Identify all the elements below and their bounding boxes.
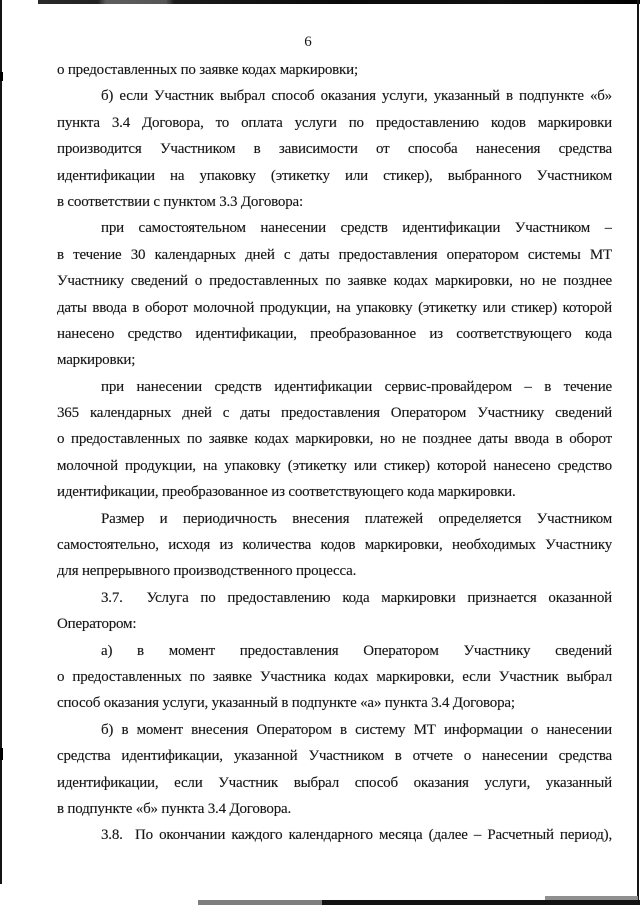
scan-edge-bottom (545, 896, 638, 900)
text-line: в подпункте «б» пункта 3.4 Договора. (57, 796, 612, 822)
text-line: самостоятельно, исходя из количества код… (57, 532, 612, 558)
scan-edge-right (637, 0, 639, 905)
text-line: о предоставленных по заявке кодах маркир… (57, 426, 612, 452)
text-line: б) если Участник выбрал способ оказания … (57, 83, 612, 109)
text-line: о предоставленных по заявке Участника ко… (57, 664, 612, 690)
scan-edge-bottom (322, 900, 640, 905)
scan-speck (0, 748, 3, 760)
scan-edge-bottom (198, 900, 322, 905)
scan-speck (0, 72, 3, 81)
text-line: а) в момент предоставления Оператором Уч… (57, 638, 612, 664)
text-line: производится Участником в зависимости от… (57, 136, 612, 162)
text-line: в течение 30 календарных дней с даты пре… (57, 242, 612, 268)
document-body: о предоставленных по заявке кодах маркир… (57, 57, 612, 849)
text-line: в соответствии с пунктом 3.3 Договора: (57, 189, 612, 215)
text-line: Оператором: (57, 611, 612, 637)
text-line: идентификации, если Участник выбрал спос… (57, 770, 612, 796)
text-line: при самостоятельном нанесении средств ид… (57, 215, 612, 241)
text-line: б) в момент внесения Оператором в систем… (57, 717, 612, 743)
text-line: даты ввода в оборот молочной продукции, … (57, 295, 612, 321)
text-line: способ оказания услуги, указанный в подп… (57, 690, 612, 716)
scan-edge-top (38, 0, 640, 4)
text-line: нанесено средство идентификации, преобра… (57, 321, 612, 347)
text-line: идентификации, преобразованное из соотве… (57, 479, 612, 505)
text-line: средства идентификации, указанной Участн… (57, 743, 612, 769)
text-line: 3.7. Услуга по предоставлению кода марки… (57, 585, 612, 611)
text-line: для непрерывного производственного проце… (57, 558, 612, 584)
scanned-document-page: 6 о предоставленных по заявке кодах марк… (0, 0, 640, 905)
text-line: 365 календарных дней с даты предоставлен… (57, 400, 612, 426)
text-line: маркировки; (57, 347, 612, 373)
text-line: при нанесении средств идентификации серв… (57, 374, 612, 400)
page-number: 6 (0, 34, 616, 51)
text-line: 3.8. По окончании каждого календарного м… (57, 822, 612, 848)
text-line: идентификации на упаковку (этикетку или … (57, 163, 612, 189)
text-line: Участнику сведений о предоставленных по … (57, 268, 612, 294)
text-line: о предоставленных по заявке кодах маркир… (57, 57, 612, 83)
text-line: Размер и периодичность внесения платежей… (57, 506, 612, 532)
text-line: молочной продукции, на упаковку (этикетк… (57, 453, 612, 479)
text-line: пункта 3.4 Договора, то оплата услуги по… (57, 110, 612, 136)
